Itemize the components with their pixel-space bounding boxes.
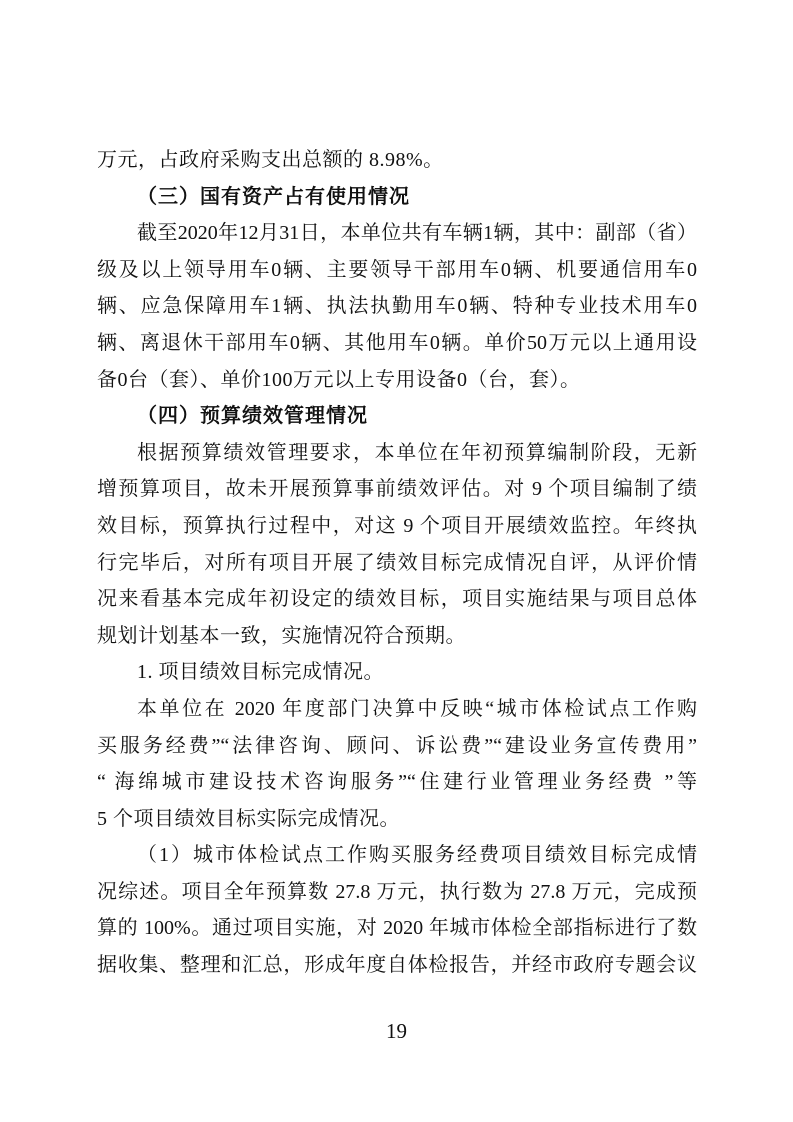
list-item-line: 1. 项目绩效目标完成情况。 — [97, 654, 697, 691]
text-line: 据收集、整理和汇总，形成年度自体检报告，并经市政府专题会议 — [97, 947, 697, 984]
text-line: 效目标，预算执行过程中，对这 9 个项目开展绩效监控。年终执 — [97, 508, 697, 545]
text-line: 算的 100%。通过项目实施，对 2020 年城市体检全部指标进行了数 — [97, 910, 697, 947]
text-line: 辆、离退休干部用车0辆、其他用车0辆。单价50万元以上通用设 — [97, 325, 697, 362]
text-line: 规划计划基本一致，实施情况符合预期。 — [97, 618, 697, 655]
text-line: 辆、应急保障用车1辆、执法执勤用车0辆、特种专业技术用车0 — [97, 288, 697, 325]
text-line: 况来看基本完成年初设定的绩效目标，项目实施结果与项目总体 — [97, 581, 697, 618]
page-number: 19 — [0, 1016, 793, 1046]
text-line: 根据预算绩效管理要求，本单位在年初预算编制阶段，无新 — [97, 435, 697, 472]
text-line: 买服务经费”“法律咨询、顾问、诉讼费”“建设业务宣传费用” — [97, 728, 697, 765]
text-line: “ 海绵城市建设技术咨询服务”“住建行业管理业务经费 ”等 — [97, 764, 697, 801]
section-heading: （三）国有资产占有使用情况 — [97, 179, 697, 216]
text-line: 5 个项目绩效目标实际完成情况。 — [97, 801, 697, 838]
document-page: 万元，占政府采购支出总额的 8.98%。 （三）国有资产占有使用情况 截至202… — [0, 0, 793, 1122]
document-text-block: 万元，占政府采购支出总额的 8.98%。 （三）国有资产占有使用情况 截至202… — [97, 142, 697, 984]
text-line: （1）城市体检试点工作购买服务经费项目绩效目标完成情 — [97, 837, 697, 874]
text-line: 截至2020年12月31日，本单位共有车辆1辆，其中：副部（省） — [97, 215, 697, 252]
text-line: 级及以上领导用车0辆、主要领导干部用车0辆、机要通信用车0 — [97, 252, 697, 289]
text-line: 万元，占政府采购支出总额的 8.98%。 — [97, 142, 697, 179]
text-line: 增预算项目，故未开展预算事前绩效评估。对 9 个项目编制了绩 — [97, 471, 697, 508]
text-line: 况综述。项目全年预算数 27.8 万元，执行数为 27.8 万元，完成预 — [97, 874, 697, 911]
text-line: 本单位在 2020 年度部门决算中反映“城市体检试点工作购 — [97, 691, 697, 728]
section-heading: （四）预算绩效管理情况 — [97, 398, 697, 435]
text-line: 备0台（套）、单价100万元以上专用设备0（台，套）。 — [97, 362, 697, 399]
text-line: 行完毕后，对所有项目开展了绩效目标完成情况自评，从评价情 — [97, 545, 697, 582]
